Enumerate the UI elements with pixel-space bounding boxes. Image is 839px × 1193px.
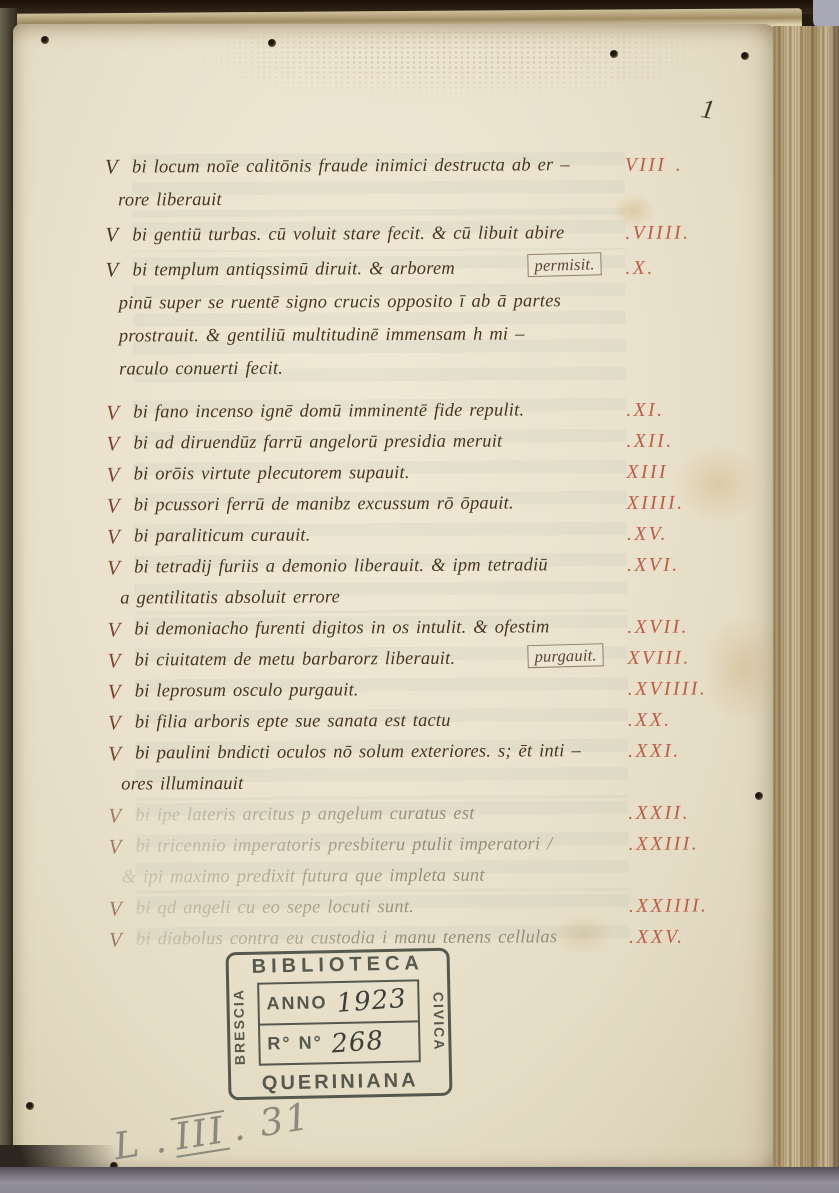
toc-line: bi pcussori ferrū de manibz excussum rō … [134, 488, 627, 522]
toc-entry: V bi pcussori ferrū de manibz excussum r… [107, 487, 723, 521]
stamp-anno-label: ANNO [266, 992, 327, 1014]
toc-entry: V bi locum noīe calitōnis fraude inimici… [105, 148, 721, 217]
chapter-numeral: .XII. [626, 425, 722, 457]
initial-v: V [109, 893, 136, 924]
toc-line: bi orōis virtute plecutorem supauit. [134, 457, 627, 491]
toc-entry-lines: bi paraliticum curauit. [134, 519, 627, 553]
wormhole [741, 52, 749, 60]
chapter-numeral: .XXIIII. [629, 890, 725, 922]
chapter-numeral: .XXII. [628, 797, 724, 829]
initial-v: V [107, 490, 134, 521]
toc-line: ores illuminauit [121, 767, 628, 801]
toc-entry: V bi tricennio imperatoris presbiteru pt… [108, 828, 724, 893]
stamp-row-number: R° N° 268 [260, 1020, 419, 1064]
initial-v: V [107, 614, 134, 645]
toc-line: rore liberauit [118, 182, 625, 218]
wormhole [610, 50, 618, 58]
toc-entry: V bi ipe lateris arcitus p angelum curat… [108, 797, 724, 831]
chapter-numeral: VIII . [625, 148, 721, 182]
initial-v: V [107, 552, 134, 583]
toc-entry: V bi ciuitatem de metu barbarorz liberau… [107, 642, 723, 676]
toc-entry-lines: bi ad diruendūz farrū angelorū presidia … [133, 426, 626, 460]
toc-entry: V bi filia arboris epte sue sanata est t… [108, 704, 724, 738]
shelfmark-suffix: . 31 [229, 1095, 313, 1150]
toc-entry: V bi fano incenso ignē domū imminentē fi… [106, 394, 722, 428]
toc-line: bi tricennio imperatoris presbiteru ptul… [135, 829, 628, 863]
initial-v: V [109, 924, 136, 955]
toc-entry-lines: bi gentiū turbas. cū voluit stare fecit.… [132, 217, 625, 253]
toc-entry-lines: bi ipe lateris arcitus p angelum curatus… [135, 798, 628, 832]
stamp-text-top: BIBLIOTECA [229, 952, 447, 980]
toc-line: raculo conuerti fecit. [119, 351, 626, 387]
toc-line: & ipi maximo predixit futura que impleta… [122, 860, 629, 894]
toc-line: pinū super se ruentē signo crucis opposi… [119, 285, 626, 321]
toc-line: a gentilitatis absoluit errore [120, 581, 627, 615]
chapter-numeral: .X. [625, 251, 721, 285]
toc-line: bi locum noīe calitōnis fraude inimici d… [132, 149, 625, 185]
toc-line: bi paraliticum curauit. [134, 519, 627, 553]
toc-entry-lines: bi qd angeli cu eo sepe locuti sunt. [136, 891, 629, 925]
toc-line: bi demoniacho furenti digitos in os intu… [134, 612, 627, 646]
correction-inset: purgauit. [527, 643, 604, 668]
library-stamp: BIBLIOTECA BRESCIA CIVICA ANNO 1923 R° N… [225, 948, 452, 1101]
toc-entry: V bi tetradij furiis a demonio liberauit… [107, 549, 723, 614]
toc-line: bi ipe lateris arcitus p angelum curatus… [135, 798, 628, 832]
toc-entry: V bi templum antiqssimū diruit. & arbore… [105, 251, 722, 386]
toc-entry: V bi demoniacho furenti digitos in os in… [107, 611, 723, 645]
chapter-numeral: .XXI. [628, 735, 724, 767]
toc-entry-lines: bi fano incenso ignē domū imminentē fide… [133, 395, 626, 429]
toc-line: bi qd angeli cu eo sepe locuti sunt. [136, 891, 629, 925]
toc-line: bi filia arboris epte sue sanata est tac… [135, 705, 628, 739]
chapter-numeral: .XXV. [629, 921, 725, 953]
wormhole [755, 792, 763, 800]
toc-line: bi fano incenso ignē domū imminentē fide… [133, 395, 626, 429]
initial-v: V [106, 428, 133, 459]
parchment-page: 1 V bi locum noīe calitōnis fraude inimi… [13, 24, 779, 1176]
toc-entry: V bi ad diruendūz farrū angelorū presidi… [106, 425, 722, 459]
foxing-speckles [183, 30, 723, 100]
chapter-numeral: .XVII. [627, 611, 723, 643]
toc-entry: V bi qd angeli cu eo sepe locuti sunt. .… [109, 890, 725, 924]
toc-entry: V bi paraliticum curauit. .XV. [107, 518, 723, 552]
chapter-numeral: XVIII. [627, 642, 723, 674]
initial-v: V [106, 397, 133, 428]
toc-entry-lines: bi locum noīe calitōnis fraude inimici d… [132, 149, 625, 218]
initial-v: V [107, 459, 134, 490]
stamp-row-anno: ANNO 1923 [259, 981, 418, 1023]
wormhole [26, 1102, 34, 1110]
toc-line: prostrauit. & gentiliū multitudinē immen… [119, 318, 626, 354]
initial-v: V [108, 800, 135, 831]
initial-v: V [108, 676, 135, 707]
chapter-numeral: XIII [627, 456, 723, 488]
initial-v: V [105, 254, 132, 285]
toc-line: bi tetradij furiis a demonio liberauit. … [134, 550, 627, 584]
wormhole [268, 39, 276, 47]
toc-entry: V bi orōis virtute plecutorem supauit. X… [107, 456, 723, 490]
stamp-text-bottom: QUERINIANA [231, 1069, 449, 1097]
toc-entry-lines: bi paulini bndicti oculos nō solum exter… [135, 736, 628, 801]
toc-entry-lines: bi tricennio imperatoris presbiteru ptul… [135, 829, 628, 894]
toc-entry: V bi leprosum osculo purgauit. .XVIIII. [108, 673, 724, 707]
initial-v: V [108, 707, 135, 738]
chapter-numeral: .XVI. [627, 549, 723, 581]
initial-v: V [105, 219, 132, 250]
shelfmark-roman: III [170, 1109, 229, 1157]
toc-line: bi ad diruendūz farrū angelorū presidia … [133, 426, 626, 460]
chapter-numeral: .XV. [627, 518, 723, 550]
stamp-anno-value: 1923 [336, 984, 408, 1019]
toc-line: bi paulini bndicti oculos nō solum exter… [135, 736, 628, 770]
chapter-numeral: .XX. [628, 704, 724, 736]
initial-v: V [108, 831, 135, 862]
fore-edge-pages [773, 26, 839, 1178]
chapter-numeral: .XXIII. [628, 828, 724, 860]
chapter-numeral: XIIII. [627, 487, 723, 519]
stamp-text-left: BRESCIA [230, 975, 248, 1077]
initial-v: V [107, 645, 134, 676]
toc-entry-lines: bi pcussori ferrū de manibz excussum rō … [134, 488, 627, 522]
initial-v: V [107, 521, 134, 552]
chapter-numeral: .XVIIII. [628, 673, 724, 705]
toc-line: bi gentiū turbas. cū voluit stare fecit.… [132, 217, 625, 253]
stamp-text-right: CIVICA [430, 971, 448, 1073]
toc-entry-lines: bi demoniacho furenti digitos in os intu… [134, 612, 627, 646]
toc-entry-lines: bi leprosum osculo purgauit. [135, 674, 628, 708]
manuscript-photo: 1 V bi locum noīe calitōnis fraude inimi… [0, 0, 839, 1193]
toc-entry: V bi paulini bndicti oculos nō solum ext… [108, 735, 724, 800]
wormhole [41, 36, 49, 44]
chapter-numeral: .XI. [626, 394, 722, 426]
chapter-numeral: .VIIII. [625, 216, 721, 250]
initial-v: V [108, 738, 135, 769]
initial-v: V [105, 151, 132, 182]
stamp-inner-box: ANNO 1923 R° N° 268 [257, 979, 421, 1065]
correction-inset: permisit. [527, 252, 602, 277]
toc-entry-lines: bi filia arboris epte sue sanata est tac… [135, 705, 628, 739]
toc-line: bi leprosum osculo purgauit. [135, 674, 628, 708]
stamp-number-label: R° N° [267, 1033, 323, 1055]
toc-entry: V bi gentiū turbas. cū voluit stare feci… [105, 216, 721, 252]
toc-entry-lines: bi tetradij furiis a demonio liberauit. … [134, 550, 627, 615]
stamp-number-value: 268 [331, 1025, 386, 1059]
table-of-contents: V bi locum noīe calitōnis fraude inimici… [105, 148, 725, 955]
background-table [0, 1167, 839, 1193]
toc-entry-lines: bi orōis virtute plecutorem supauit. [134, 457, 627, 491]
